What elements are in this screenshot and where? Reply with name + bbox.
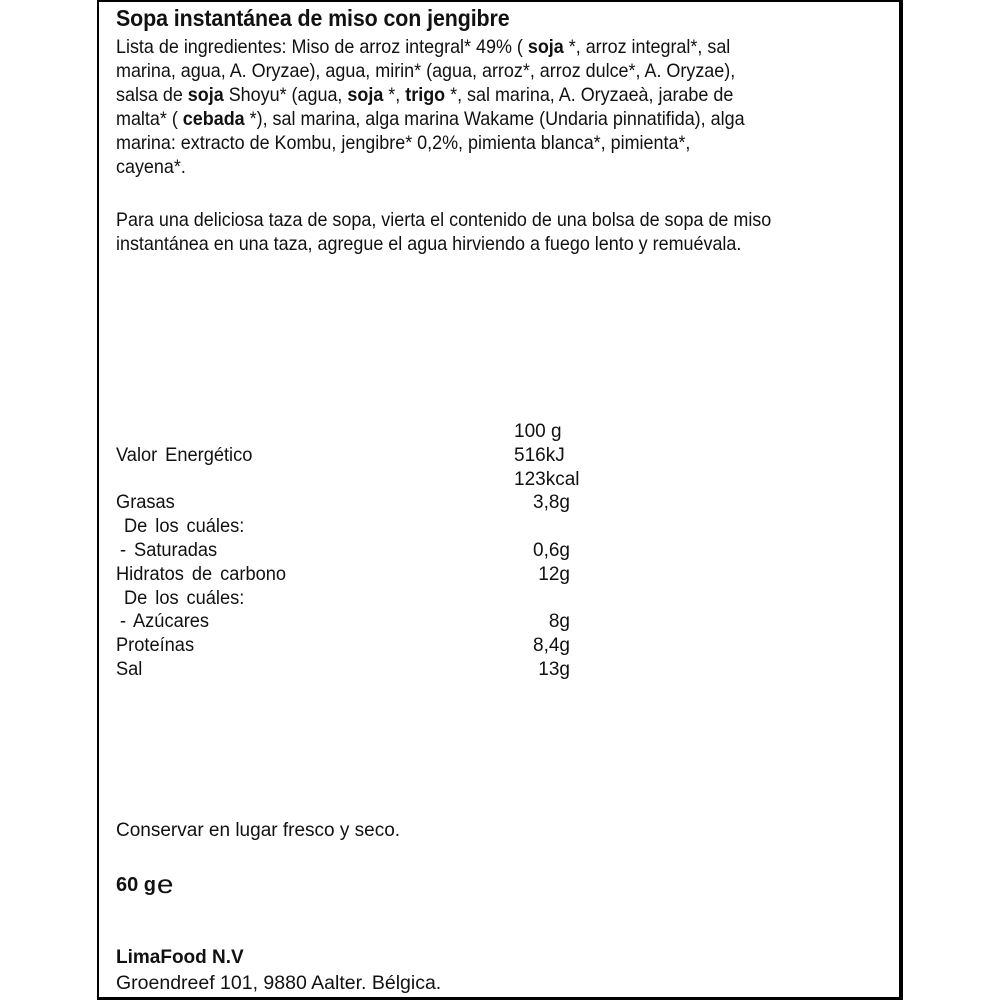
allergen-text: soja xyxy=(188,85,224,106)
nutrient-value: 3,8g xyxy=(533,491,570,515)
ingredients-line: malta* ( cebada *), sal marina, alga mar… xyxy=(116,108,745,132)
nutrient-value: 13g xyxy=(538,658,570,682)
instructions-line: Para una deliciosa taza de sopa, vierta … xyxy=(116,209,771,233)
nutrient-label: De los cuáles: xyxy=(124,515,244,539)
nutrition-row: Valor Energético516kJ xyxy=(116,444,586,468)
nutrient-value: 123kcal xyxy=(514,468,580,492)
nutrient-value: 12g xyxy=(538,563,570,587)
nutrient-label: De los cuáles: xyxy=(124,587,244,611)
ingredient-text: malta* ( xyxy=(116,109,183,130)
company-address: Groendreef 101, 9880 Aalter. Bélgica. xyxy=(116,972,441,995)
company-name: LimaFood N.V xyxy=(116,947,244,969)
nutrition-row: Grasas3,8g xyxy=(116,491,586,515)
nutrient-value: 8g xyxy=(549,610,570,634)
instructions-line: instantánea en una taza, agregue el agua… xyxy=(116,233,771,257)
nutrition-column-header: 100 g xyxy=(514,420,562,444)
nutrition-table: 100 g Valor Energético516kJ123kcalGrasas… xyxy=(116,420,586,682)
nutrition-header-row: 100 g xyxy=(116,420,586,444)
nutrition-row: Hidratos de carbono12g xyxy=(116,563,586,587)
nutrition-row: De los cuáles: xyxy=(116,515,586,539)
nutrition-row: - Saturadas0,6g xyxy=(116,539,586,563)
allergen-text: cebada xyxy=(183,109,245,130)
nutrient-value: 516kJ xyxy=(514,444,565,468)
ingredient-text: cayena*. xyxy=(116,157,186,178)
allergen-text: trigo xyxy=(405,85,445,106)
net-weight: 60 ge xyxy=(116,874,173,897)
ingredients-line: salsa de soja Shoyu* (agua, soja *, trig… xyxy=(116,84,745,108)
storage-instructions: Conservar en lugar fresco y seco. xyxy=(116,820,400,842)
product-label: Sopa instantánea de miso con jengibre Li… xyxy=(97,0,903,1000)
ingredient-text: marina: extracto de Kombu, jengibre* 0,2… xyxy=(116,133,690,154)
preparation-instructions: Para una deliciosa taza de sopa, vierta … xyxy=(116,209,771,257)
ingredient-text: marina, agua, A. Oryzae), agua, mirin* (… xyxy=(116,61,735,82)
product-title: Sopa instantánea de miso con jengibre xyxy=(116,5,510,32)
ingredients-line: Lista de ingredientes: Miso de arroz int… xyxy=(116,36,745,60)
ingredients-line: cayena*. xyxy=(116,156,745,180)
ingredient-text: Shoyu* (agua, xyxy=(224,85,348,106)
nutrition-row: De los cuáles: xyxy=(116,587,586,611)
ingredient-text: salsa de xyxy=(116,85,188,106)
ingredient-text: *, xyxy=(383,85,405,106)
nutrient-label: - Azúcares xyxy=(120,610,209,634)
nutrient-label: Hidratos de carbono xyxy=(116,563,286,587)
ingredient-text: *, sal marina, A. Oryzaeà, jarabe de xyxy=(445,85,733,106)
net-weight-value: 60 g xyxy=(116,874,156,896)
nutrient-label: Sal xyxy=(116,658,142,682)
nutrition-row: 123kcal xyxy=(116,468,586,492)
nutrition-row: Proteínas8,4g xyxy=(116,634,586,658)
nutrient-value: 8,4g xyxy=(533,634,570,658)
nutrient-label: - Saturadas xyxy=(120,539,217,563)
nutrition-row: - Azúcares8g xyxy=(116,610,586,634)
ingredient-text: *, arroz integral*, sal xyxy=(564,37,731,58)
ingredients-line: marina, agua, A. Oryzae), agua, mirin* (… xyxy=(116,60,745,84)
ingredients-list: Lista de ingredientes: Miso de arroz int… xyxy=(116,36,745,180)
ingredients-line: marina: extracto de Kombu, jengibre* 0,2… xyxy=(116,132,745,156)
ingredient-text: Lista de ingredientes: Miso de arroz int… xyxy=(116,37,528,58)
nutrition-row: Sal13g xyxy=(116,658,586,682)
ingredient-text: *), sal marina, alga marina Wakame (Unda… xyxy=(245,109,745,130)
nutrient-value: 0,6g xyxy=(533,539,570,563)
nutrient-label: Grasas xyxy=(116,491,175,515)
allergen-text: soja xyxy=(347,85,383,106)
allergen-text: soja xyxy=(528,37,564,58)
nutrient-label: Proteínas xyxy=(116,634,194,658)
estimated-sign-icon: e xyxy=(157,874,174,894)
nutrient-label: Valor Energético xyxy=(116,444,252,468)
